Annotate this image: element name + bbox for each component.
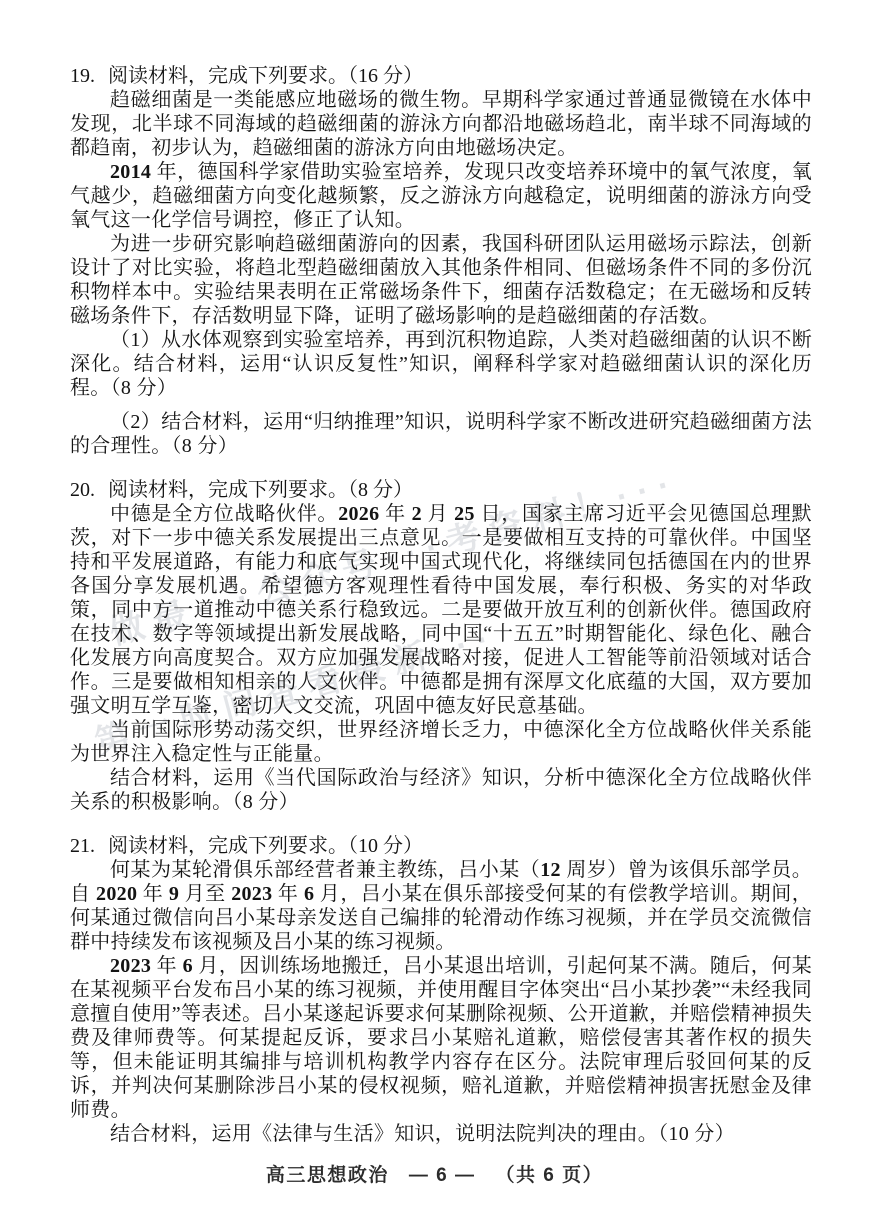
- paragraph: 结合材料，运用《法律与生活》知识，说明法院判决的理由。（10 分）: [70, 1122, 812, 1146]
- question-19-header: 19.阅读材料，完成下列要求。（16 分）: [70, 64, 812, 88]
- paragraph: 中德是全方位战略伙伴。2026 年 2 月 25 日，国家主席习近平会见德国总理…: [70, 502, 812, 718]
- question-20-number: 20.: [70, 479, 95, 501]
- question-21-number: 21.: [70, 835, 95, 857]
- question-19-body: 趋磁细菌是一类能感应地磁场的微生物。早期科学家通过普通显微镜在水体中发现，北半球…: [70, 88, 812, 458]
- question-19-title: 阅读材料，完成下列要求。（16 分）: [108, 65, 423, 87]
- paragraph: 2014 年，德国科学家借助实验室培养，发现只改变培养环境中的氧气浓度，氧气越少…: [70, 160, 812, 232]
- paragraph: 为进一步研究影响趋磁细菌游向的因素，我国科研团队运用磁场示踪法，创新设计了对比实…: [70, 232, 812, 328]
- paragraph: 2023 年 6 月，因训练场地搬迁，吕小某退出培训，引起何某不满。随后，何某在…: [70, 954, 812, 1122]
- question-20-header: 20.阅读材料，完成下列要求。（8 分）: [70, 478, 812, 502]
- question-21-header: 21.阅读材料，完成下列要求。（10 分）: [70, 834, 812, 858]
- paragraph: 何某为某轮滑俱乐部经营者兼主教练，吕小某（12 周岁）曾为该俱乐部学员。自 20…: [70, 858, 812, 954]
- paragraph: 结合材料，运用《当代国际政治与经济》知识，分析中德深化全方位战略伙伴关系的积极影…: [70, 766, 812, 814]
- footer-page-number: — 6 —: [409, 1165, 476, 1186]
- paragraph: 当前国际形势动荡交织，世界经济增长乏力，中德深化全方位战略伙伴关系能为世界注入稳…: [70, 718, 812, 766]
- footer-course-name: 高三思想政治: [266, 1165, 389, 1186]
- question-19-number: 19.: [70, 65, 95, 87]
- question-20-body: 中德是全方位战略伙伴。2026 年 2 月 25 日，国家主席习近平会见德国总理…: [70, 502, 812, 814]
- paragraph: （2）结合材料，运用“归纳推理”知识，说明科学家不断改进研究趋磁细菌方法的合理性…: [70, 410, 812, 458]
- question-21: 21.阅读材料，完成下列要求。（10 分） 何某为某轮滑俱乐部经营者兼主教练，吕…: [70, 834, 812, 1146]
- page-footer: 高三思想政治— 6 —（共 6 页）: [0, 1160, 869, 1187]
- question-21-title: 阅读材料，完成下列要求。（10 分）: [108, 835, 423, 857]
- exam-page: 做最···公众号···考资料！··· 第一时间查看最新··· 19.阅读材料，完…: [0, 0, 869, 1228]
- question-19: 19.阅读材料，完成下列要求。（16 分） 趋磁细菌是一类能感应地磁场的微生物。…: [70, 64, 812, 458]
- question-20: 20.阅读材料，完成下列要求。（8 分） 中德是全方位战略伙伴。2026 年 2…: [70, 478, 812, 814]
- question-20-title: 阅读材料，完成下列要求。（8 分）: [108, 479, 413, 501]
- exam-content: 19.阅读材料，完成下列要求。（16 分） 趋磁细菌是一类能感应地磁场的微生物。…: [70, 64, 812, 1146]
- footer-total-pages: （共 6 页）: [496, 1165, 604, 1186]
- paragraph: （1）从水体观察到实验室培养，再到沉积物追踪，人类对趋磁细菌的认识不断深化。结合…: [70, 328, 812, 400]
- question-21-body: 何某为某轮滑俱乐部经营者兼主教练，吕小某（12 周岁）曾为该俱乐部学员。自 20…: [70, 858, 812, 1146]
- paragraph: 趋磁细菌是一类能感应地磁场的微生物。早期科学家通过普通显微镜在水体中发现，北半球…: [70, 88, 812, 160]
